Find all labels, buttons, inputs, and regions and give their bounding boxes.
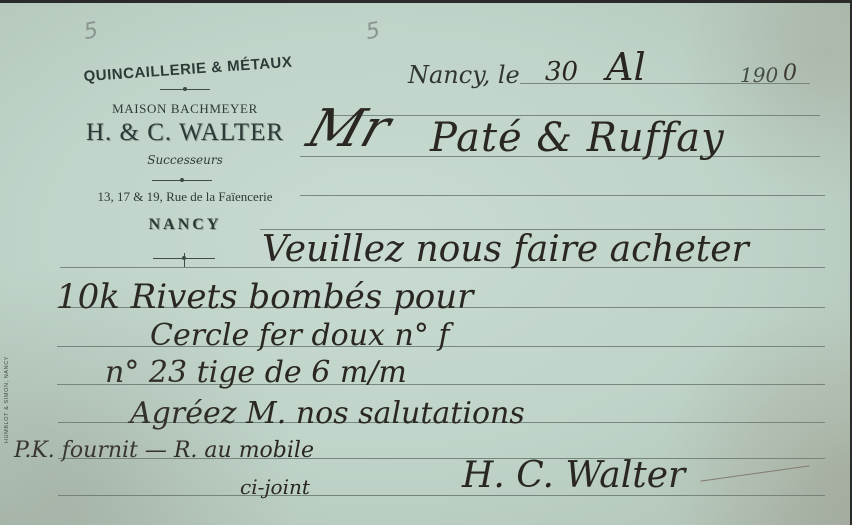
letterhead-maison: MAISON BACHMEYER (50, 101, 320, 117)
body-line-2: 10k Rivets bombés pour (56, 277, 473, 317)
body-line-3: Cercle fer doux n° f (150, 318, 449, 353)
postscript-line-2: ci-joint (240, 475, 310, 499)
dateline-day: 30 (545, 57, 578, 87)
signature: H. C. Walter (462, 455, 685, 496)
postscript-line-1: P.K. fournit — R. au mobile (14, 438, 314, 463)
letterhead-address: 13, 17 & 19, Rue de la Faïencerie (50, 189, 320, 205)
body-line-1: Veuillez nous faire acheter (262, 229, 749, 270)
dateline-month: Al (606, 45, 646, 89)
letterhead-firm: H. & C. WALTER (50, 119, 320, 147)
rule-line (300, 195, 825, 196)
ornament-divider (160, 89, 210, 90)
printer-credit: HUMBLOT & SIMON, NANCY (4, 293, 10, 443)
body-line-5: Agréez M. nos salutations (130, 396, 525, 431)
letterhead-successors: Successeurs (50, 153, 320, 167)
pencil-mark-left: 5 (82, 18, 100, 45)
rule-line (58, 495, 825, 496)
letter-card: 5 5 QUINCAILLERIE & MÉTAUX MAISON BACHME… (0, 3, 850, 525)
dateline-year-handwritten: 0 (783, 61, 797, 86)
body-line-4: n° 23 tige de 6 m/m (105, 355, 407, 390)
pencil-mark-right: 5 (364, 18, 382, 45)
ornament-cross-stem (184, 253, 185, 267)
dateline-place: Nancy, le (408, 61, 520, 89)
dateline-year-printed: 190 (740, 63, 778, 87)
ornament-divider (152, 180, 212, 181)
recipient-name: Paté & Ruffay (430, 115, 725, 161)
letterhead-trade: QUINCAILLERIE & MÉTAUX (68, 53, 309, 87)
signature-flourish (700, 465, 809, 481)
